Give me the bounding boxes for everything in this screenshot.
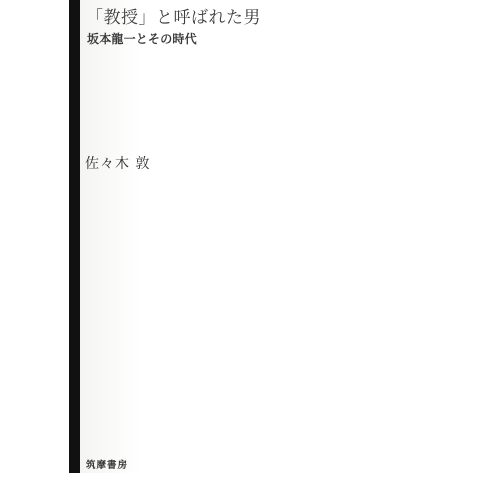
book-title: 「教授」と呼ばれた男 [86, 7, 261, 29]
book-subtitle: 坂本龍一とその時代 [87, 32, 197, 47]
book-cover-image: 「教授」と呼ばれた男 坂本龍一とその時代 佐々木 敦 筑摩書房 [0, 0, 480, 480]
author-name: 佐々木 敦 [85, 155, 150, 173]
book-spine-bar [69, 0, 80, 473]
publisher-name: 筑摩書房 [86, 460, 128, 472]
book-front-cover: 「教授」と呼ばれた男 坂本龍一とその時代 佐々木 敦 筑摩書房 [80, 0, 420, 473]
